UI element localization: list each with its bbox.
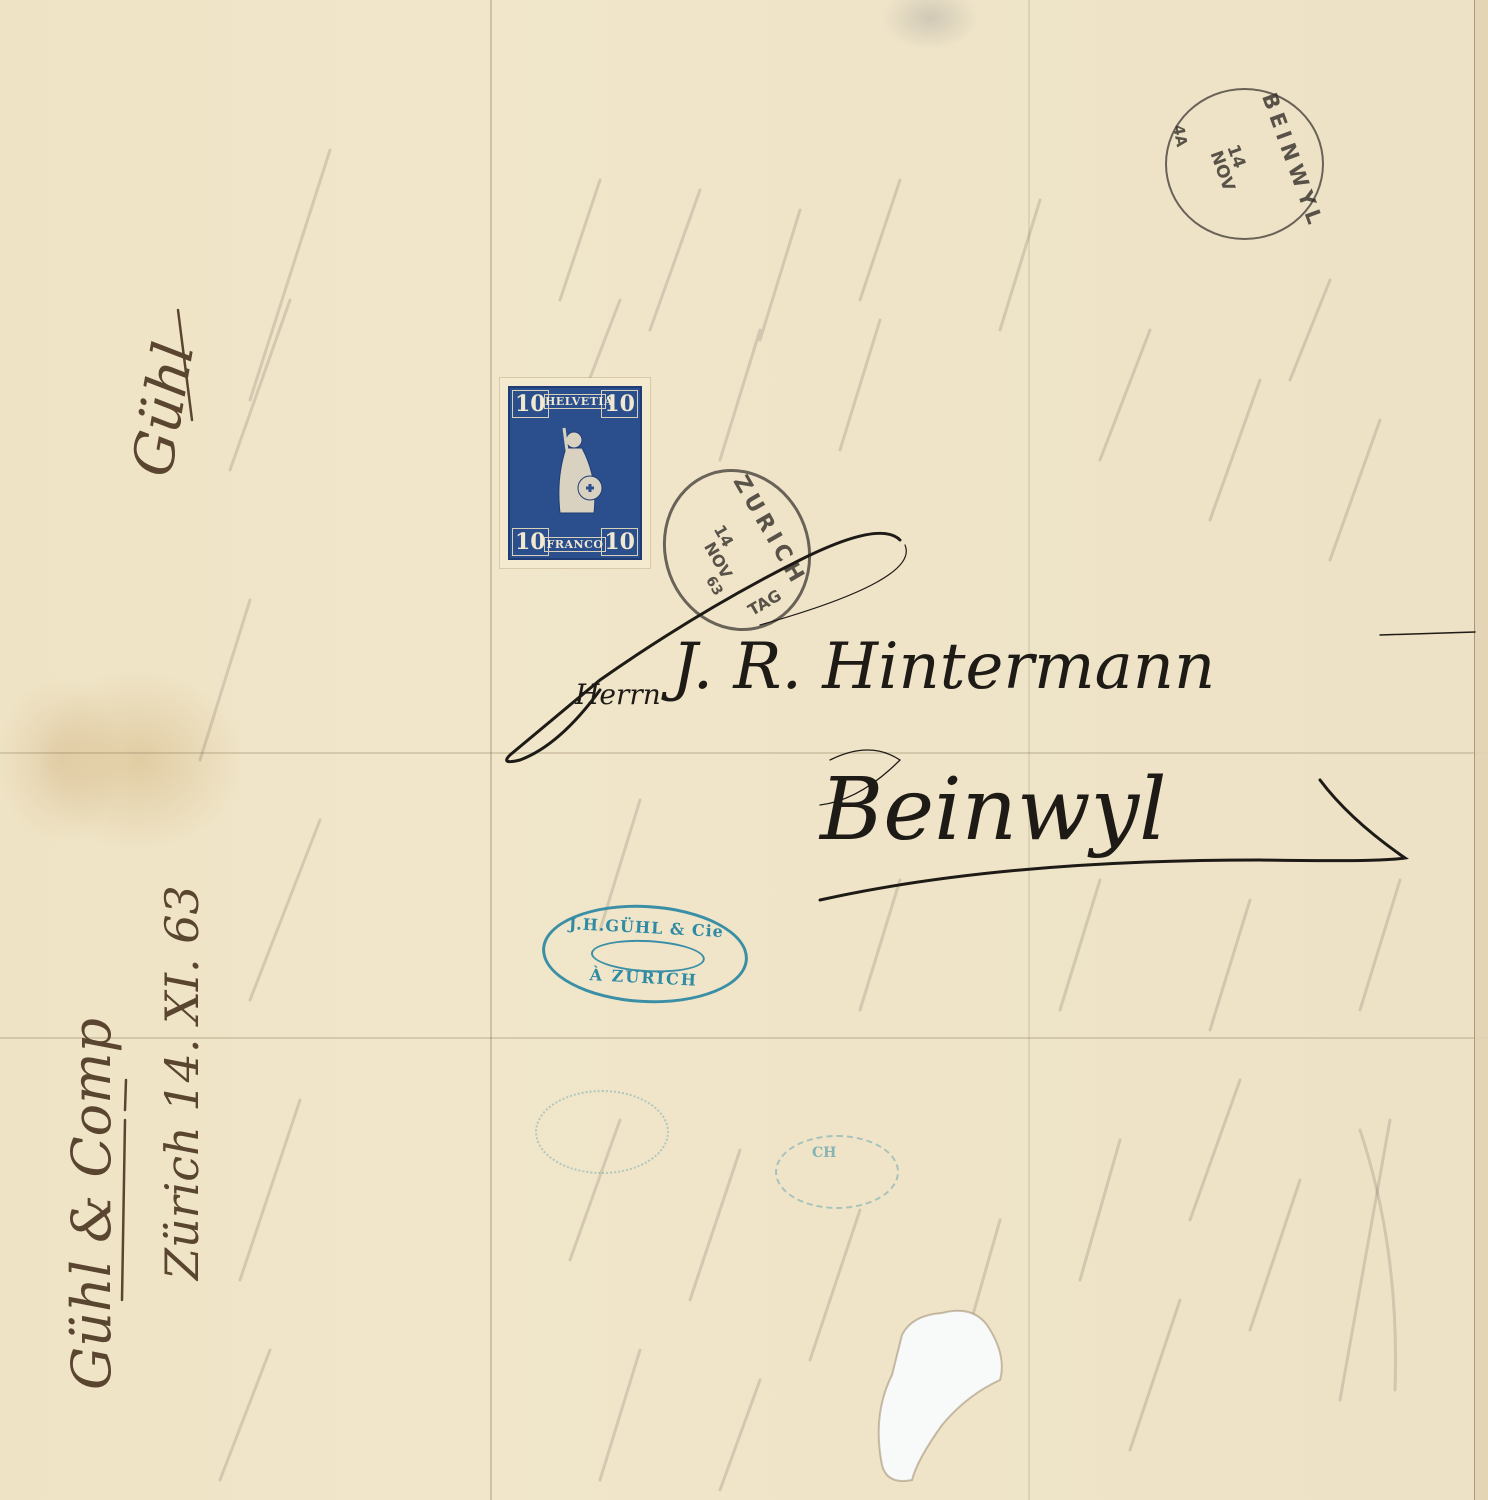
postmark-tag: TAG [745,586,785,620]
company-stamp-city: À ZURICH [543,963,744,992]
paper-hole [872,1295,1012,1495]
faint-stamp-text: CH [812,1145,836,1161]
postmark-time: 4A [1169,123,1191,148]
stamp-franco: FRANCO [544,537,606,552]
faint-company-stamp: CH [775,1135,899,1209]
horizontal-fold-2 [0,1037,1488,1039]
stamp-country: HELVETIA [544,394,606,409]
stamp-frame: 10 10 10 10 HELVETIA FRANCO [508,386,642,560]
zurich-postmark: ZURICH 14 NOV 63 TAG [640,448,833,652]
vertical-fold [490,0,492,1500]
stamp-value-br: 10 [601,528,638,556]
vertical-fold-2 [1028,0,1030,1500]
docket-place-date: Zürich 14. XI. 63 [155,885,209,1280]
company-stamp-name: J.H.GÜHL & Cie [546,913,747,942]
beinwyl-postmark: BEINWYL 14 NOV 4A [1165,88,1324,240]
postmark-town: BEINWYL [1257,90,1328,232]
address-salutation: Herrn [575,678,661,711]
postmark-town: ZURICH [728,471,811,590]
paper-edge [1474,0,1488,1500]
address-town: Beinwyl [820,760,1167,860]
letter-sheet: 10 10 10 10 HELVETIA FRANCO ZURICH 14 NO… [0,0,1488,1500]
docket-top-note: Gühl [120,337,207,481]
docket-sender: Gühl & Comp [60,1018,123,1390]
helvetia-figure-icon [546,418,608,530]
company-stamp: J.H.GÜHL & Cie À ZURICH [540,900,751,1009]
postage-stamp: 10 10 10 10 HELVETIA FRANCO [500,378,650,568]
faint-stamp-ring [535,1090,669,1174]
horizontal-fold [0,752,1488,754]
address-name: J. R. Hintermann [672,630,1215,704]
postmark-month: NOV [700,539,736,582]
